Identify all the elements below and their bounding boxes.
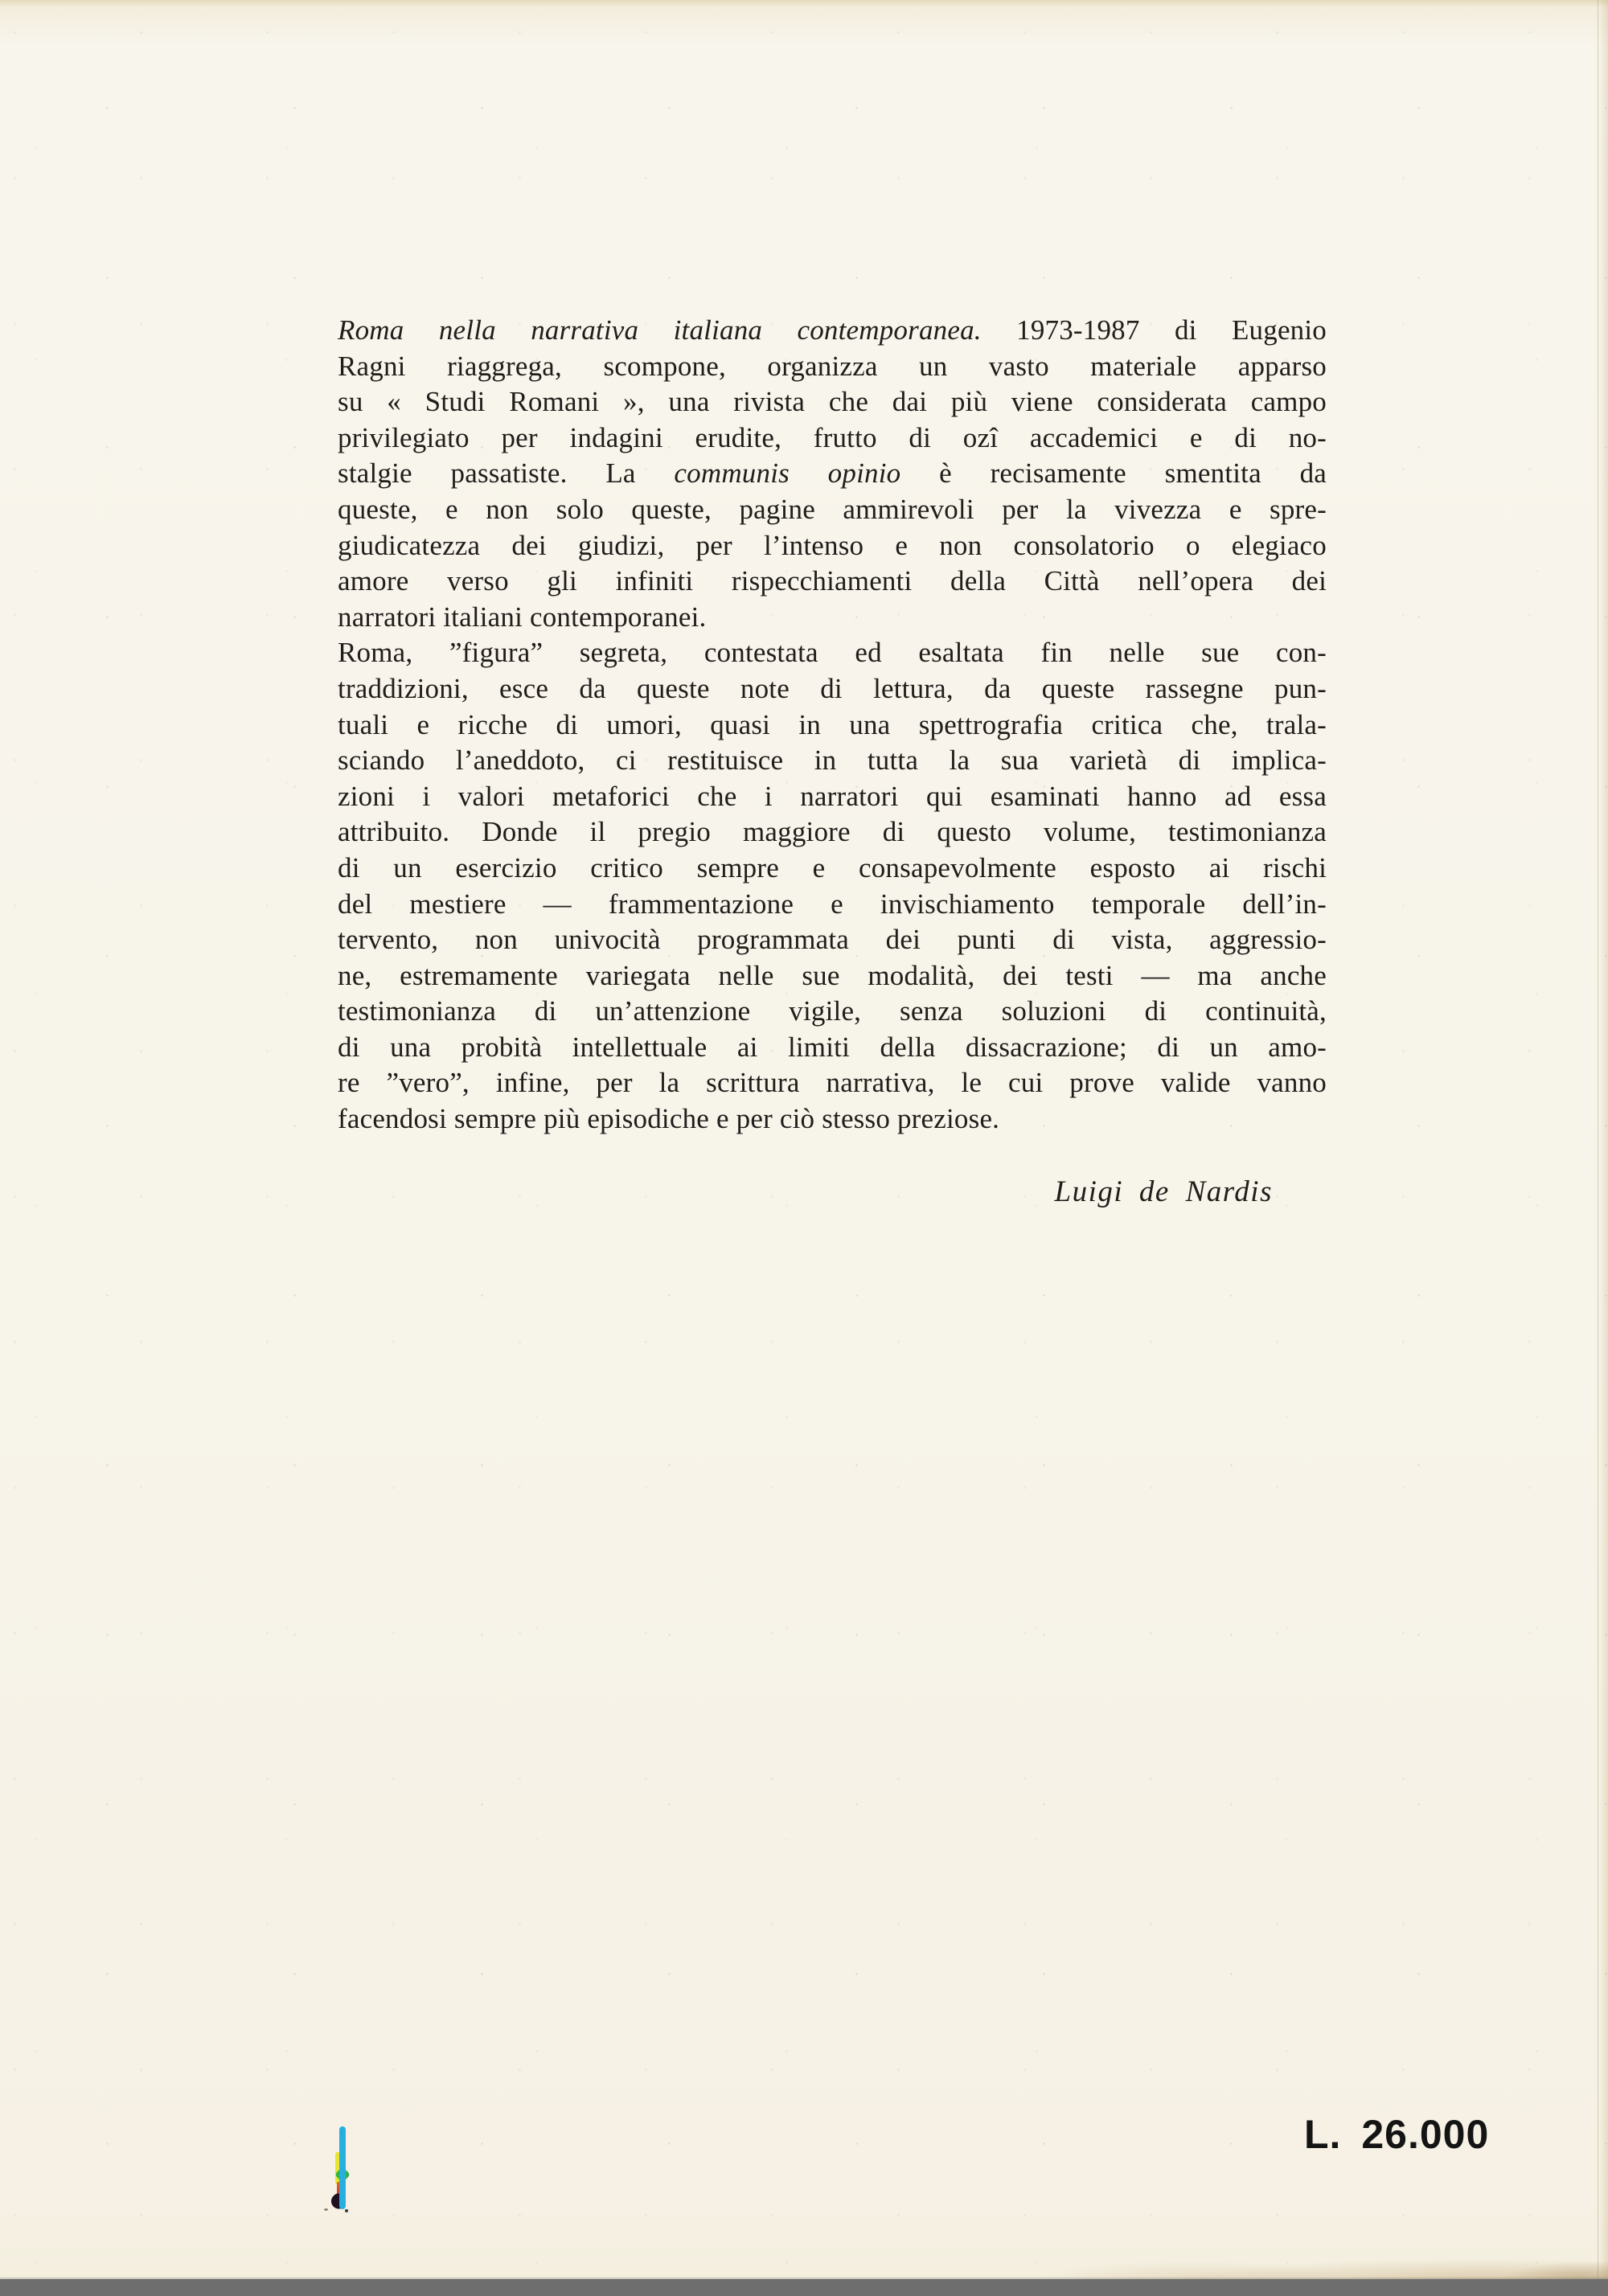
- blurb-segment: attribuito. Donde il pregio maggiore di …: [338, 816, 1327, 847]
- page-edge-right: [1598, 0, 1608, 2296]
- blurb-line: giudicatezza dei giudizi, per l’intenso …: [338, 528, 1327, 564]
- author-signature: Luigi de Nardis: [338, 1175, 1327, 1211]
- paper-stain: [812, 2254, 1608, 2282]
- blurb-line: narratori italiani contemporanei.: [338, 600, 1327, 636]
- blurb-segment: su « Studi Romani », una rivista che dai…: [338, 386, 1327, 417]
- blurb-segment: del mestiere — frammentazione e invischi…: [338, 888, 1327, 920]
- blurb-line: sciando l’aneddoto, ci restituisce in tu…: [338, 743, 1327, 779]
- blurb-line: di una probità intellettuale ai limiti d…: [338, 1030, 1327, 1066]
- blurb-segment: zioni i valori metaforici che i narrator…: [338, 781, 1327, 812]
- blurb-line: di un esercizio critico sempre e consape…: [338, 851, 1327, 887]
- blurb-segment: Roma, ”figura” segreta, contestata ed es…: [338, 637, 1327, 668]
- blurb-segment-italic: communis opinio: [674, 457, 900, 489]
- blurb-segment: narratori italiani contemporanei.: [338, 601, 707, 633]
- reg-mark-speck-left: [324, 2208, 328, 2211]
- blurb-line: Roma, ”figura” segreta, contestata ed es…: [338, 635, 1327, 671]
- signature-text: Luigi de Nardis: [1055, 1175, 1273, 1208]
- blurb-segment: Ragni riaggrega, scompone, organizza un …: [338, 351, 1327, 382]
- blurb-line: testimonianza di un’attenzione vigile, s…: [338, 994, 1327, 1030]
- blurb-segment: tuali e ricche di umori, quasi in una sp…: [338, 709, 1327, 740]
- blurb-line: zioni i valori metaforici che i narrator…: [338, 779, 1327, 815]
- page-edge-top: [0, 0, 1608, 7]
- blurb-segment: re ”vero”, infine, per la scrittura narr…: [338, 1067, 1327, 1098]
- reg-mark-cyan-bar: [339, 2126, 346, 2209]
- blurb-line: traddizioni, esce da queste note di lett…: [338, 671, 1327, 707]
- blurb-line: queste, e non solo queste, pagine ammire…: [338, 492, 1327, 528]
- blurb-segment: traddizioni, esce da queste note di lett…: [338, 673, 1327, 704]
- blurb-line: Roma nella narrativa italiana contempora…: [338, 313, 1327, 349]
- blurb-line: attribuito. Donde il pregio maggiore di …: [338, 814, 1327, 851]
- price-label: L. 26.000: [1304, 2114, 1489, 2155]
- blurb-segment: è recisamente smentita da: [900, 457, 1327, 489]
- blurb-line: facendosi sempre più episodiche e per ci…: [338, 1101, 1327, 1138]
- blurb-line: stalgie passatiste. La communis opinio è…: [338, 456, 1327, 492]
- blurb-line: tuali e ricche di umori, quasi in una sp…: [338, 707, 1327, 744]
- blurb-line: Ragni riaggrega, scompone, organizza un …: [338, 349, 1327, 385]
- blurb-segment: di una probità intellettuale ai limiti d…: [338, 1031, 1327, 1063]
- reg-mark-speck-right: [345, 2209, 348, 2212]
- blurb-line: re ”vero”, infine, per la scrittura narr…: [338, 1065, 1327, 1101]
- blurb-segment: giudicatezza dei giudizi, per l’intenso …: [338, 530, 1327, 561]
- blurb-segment-italic: Roma nella narrativa italiana contempora…: [338, 314, 982, 346]
- blurb-line: amore verso gli infiniti rispecchiamenti…: [338, 564, 1327, 600]
- blurb-segment: tervento, non univocità programmata dei …: [338, 924, 1327, 955]
- book-back-cover: Roma nella narrativa italiana contempora…: [0, 0, 1608, 2296]
- blurb-segment: amore verso gli infiniti rispecchiamenti…: [338, 565, 1327, 597]
- blurb-line: ne, estremamente variegata nelle sue mod…: [338, 958, 1327, 994]
- printer-registration-mark: [318, 2122, 366, 2215]
- blurb-line: del mestiere — frammentazione e invischi…: [338, 887, 1327, 923]
- blurb-segment: queste, e non solo queste, pagine ammire…: [338, 494, 1327, 525]
- blurb-text-block: Roma nella narrativa italiana contempora…: [338, 313, 1327, 1138]
- blurb-segment: testimonianza di un’attenzione vigile, s…: [338, 995, 1327, 1027]
- blurb-segment: di un esercizio critico sempre e consape…: [338, 852, 1327, 884]
- blurb-segment: facendosi sempre più episodiche e per ci…: [338, 1103, 999, 1134]
- blurb-line: privilegiato per indagini erudite, frutt…: [338, 420, 1327, 457]
- blurb-segment: 1973-1987 di Eugenio: [982, 314, 1327, 346]
- blurb-segment: stalgie passatiste. La: [338, 457, 674, 489]
- scan-edge-band: [0, 2279, 1608, 2296]
- blurb-segment: ne, estremamente variegata nelle sue mod…: [338, 960, 1327, 991]
- blurb-segment: privilegiato per indagini erudite, frutt…: [338, 422, 1327, 453]
- blurb-line: tervento, non univocità programmata dei …: [338, 922, 1327, 958]
- blurb-segment: sciando l’aneddoto, ci restituisce in tu…: [338, 744, 1327, 776]
- blurb-line: su « Studi Romani », una rivista che dai…: [338, 384, 1327, 420]
